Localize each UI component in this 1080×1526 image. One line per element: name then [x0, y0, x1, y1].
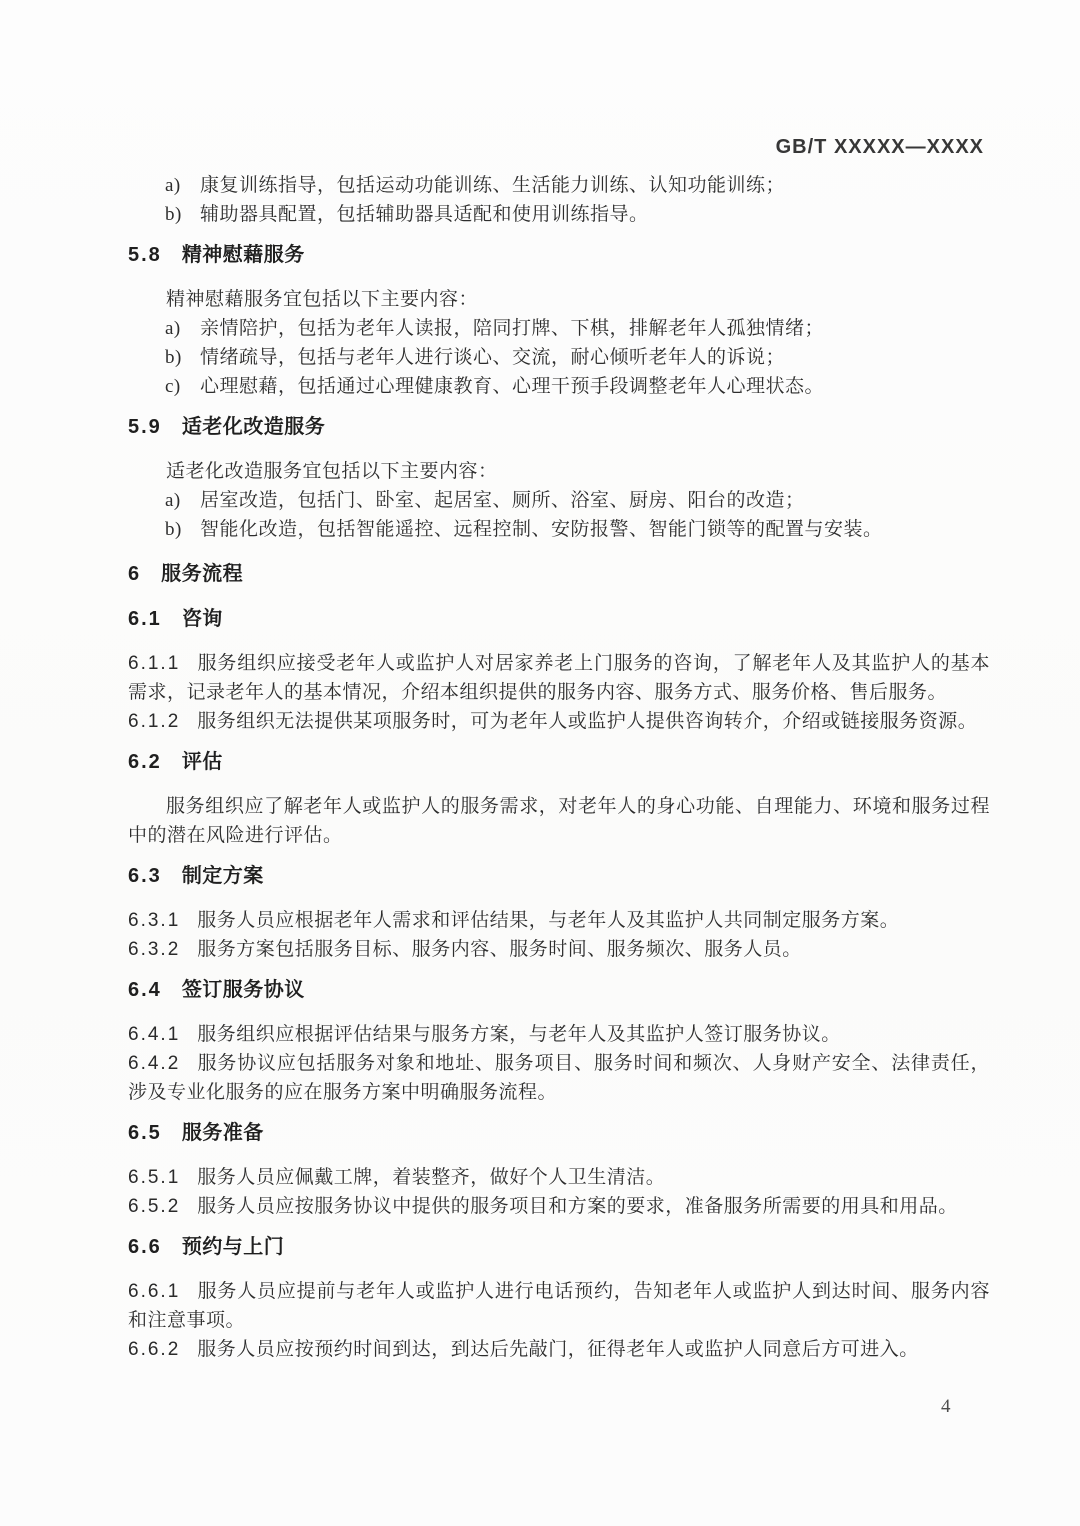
- section-heading-6-4: 6.4签订服务协议: [128, 976, 990, 1005]
- section-number: 5.9: [128, 416, 162, 438]
- section-title: 服务准备: [182, 1122, 264, 1144]
- list-item-text: 心理慰藉，包括通过心理健康教育、心理干预手段调整老年人心理状态。: [200, 376, 824, 397]
- chapter-title: 服务流程: [161, 563, 243, 585]
- clause: 6.6.2服务人员应按预约时间到达，到达后先敲门，征得老年人或监护人同意后方可进…: [128, 1335, 990, 1364]
- chapter-heading-6: 6服务流程: [128, 560, 990, 589]
- clause-number: 6.5.1: [128, 1167, 180, 1188]
- section-title: 精神慰藉服务: [182, 244, 305, 266]
- list-marker: b): [165, 515, 200, 544]
- clause-text: 服务组织应接受老年人或监护人对居家养老上门服务的咨询，了解老年人及其监护人的基本…: [128, 653, 990, 703]
- paragraph: 精神慰藉服务宜包括以下主要内容：: [128, 285, 990, 314]
- list-item-text: 情绪疏导，包括与老年人进行谈心、交流，耐心倾听老年人的诉说；: [200, 347, 785, 368]
- clause-number: 6.1.1: [128, 653, 180, 674]
- clause: 6.1.2服务组织无法提供某项服务时，可为老年人或监护人提供咨询转介，介绍或链接…: [128, 707, 990, 736]
- clause-number: 6.4.2: [128, 1053, 180, 1074]
- section-heading-6-2: 6.2评估: [128, 748, 990, 777]
- section-heading-6-6: 6.6预约与上门: [128, 1233, 990, 1262]
- clause: 6.5.2服务人员应按服务协议中提供的服务项目和方案的要求，准备服务所需要的用具…: [128, 1192, 990, 1221]
- list-item: b)辅助器具配置，包括辅助器具适配和使用训练指导。: [128, 200, 990, 229]
- section-title: 预约与上门: [182, 1236, 285, 1258]
- document-page: GB/T XXXXX—XXXX a)康复训练指导，包括运动功能训练、生活能力训练…: [0, 0, 1080, 1526]
- document-content: a)康复训练指导，包括运动功能训练、生活能力训练、认知功能训练； b)辅助器具配…: [128, 0, 990, 1364]
- section-heading-6-1: 6.1咨询: [128, 605, 990, 634]
- clause-number: 6.5.2: [128, 1196, 180, 1217]
- list-marker: b): [165, 343, 200, 372]
- clause-number: 6.3.1: [128, 910, 180, 931]
- clause-text: 服务方案包括服务目标、服务内容、服务时间、服务频次、服务人员。: [197, 939, 802, 960]
- section-title: 评估: [182, 751, 223, 773]
- clause: 6.4.1服务组织应根据评估结果与服务方案，与老年人及其监护人签订服务协议。: [128, 1020, 990, 1049]
- clause-text: 服务人员应佩戴工牌，着装整齐，做好个人卫生清洁。: [197, 1167, 665, 1188]
- paragraph: 服务组织应了解老年人或监护人的服务需求，对老年人的身心功能、自理能力、环境和服务…: [128, 792, 990, 850]
- clause-text: 服务组织无法提供某项服务时，可为老年人或监护人提供咨询转介，介绍或链接服务资源。: [197, 711, 977, 732]
- list-item-text: 居室改造，包括门、卧室、起居室、厕所、浴室、厨房、阳台的改造；: [200, 490, 805, 511]
- chapter-number: 6: [128, 563, 141, 585]
- list-marker: c): [165, 372, 200, 401]
- clause-text: 服务人员应提前与老年人或监护人进行电话预约，告知老年人或监护人到达时间、服务内容…: [128, 1281, 990, 1331]
- clause: 6.5.1服务人员应佩戴工牌，着装整齐，做好个人卫生清洁。: [128, 1163, 990, 1192]
- section-number: 6.4: [128, 979, 162, 1001]
- section-number: 6.5: [128, 1122, 162, 1144]
- clause-number: 6.6.1: [128, 1281, 180, 1302]
- clause-number: 6.6.2: [128, 1339, 180, 1360]
- list-item: a)亲情陪护，包括为老年人读报，陪同打牌、下棋，排解老年人孤独情绪；: [128, 314, 990, 343]
- list-item: a)康复训练指导，包括运动功能训练、生活能力训练、认知功能训练；: [128, 171, 990, 200]
- list-item-text: 辅助器具配置，包括辅助器具适配和使用训练指导。: [200, 204, 649, 225]
- clause-text: 服务人员应按预约时间到达，到达后先敲门，征得老年人或监护人同意后方可进入。: [197, 1339, 919, 1360]
- list-item: b)情绪疏导，包括与老年人进行谈心、交流，耐心倾听老年人的诉说；: [128, 343, 990, 372]
- clause: 6.6.1服务人员应提前与老年人或监护人进行电话预约，告知老年人或监护人到达时间…: [128, 1277, 990, 1335]
- clause: 6.1.1服务组织应接受老年人或监护人对居家养老上门服务的咨询，了解老年人及其监…: [128, 649, 990, 707]
- clause: 6.4.2服务协议应包括服务对象和地址、服务项目、服务时间和频次、人身财产安全、…: [128, 1049, 990, 1107]
- section-title: 签订服务协议: [182, 979, 305, 1001]
- section-heading-5-9: 5.9适老化改造服务: [128, 413, 990, 442]
- paragraph: 适老化改造服务宜包括以下主要内容：: [128, 457, 990, 486]
- section-number: 6.3: [128, 865, 162, 887]
- list-item: b)智能化改造，包括智能遥控、远程控制、安防报警、智能门锁等的配置与安装。: [128, 515, 990, 544]
- list-marker: a): [165, 171, 200, 200]
- list-item: c)心理慰藉，包括通过心理健康教育、心理干预手段调整老年人心理状态。: [128, 372, 990, 401]
- list-item-text: 康复训练指导，包括运动功能训练、生活能力训练、认知功能训练；: [200, 175, 785, 196]
- list-marker: a): [165, 314, 200, 343]
- page-number: 4: [941, 1396, 951, 1418]
- clause-text: 服务协议应包括服务对象和地址、服务项目、服务时间和频次、人身财产安全、法律责任，…: [128, 1053, 990, 1103]
- list-item: a)居室改造，包括门、卧室、起居室、厕所、浴室、厨房、阳台的改造；: [128, 486, 990, 515]
- clause-text: 服务人员应根据老年人需求和评估结果，与老年人及其监护人共同制定服务方案。: [197, 910, 899, 931]
- section-number: 5.8: [128, 244, 162, 266]
- section-heading-5-8: 5.8精神慰藉服务: [128, 241, 990, 270]
- list-item-text: 亲情陪护，包括为老年人读报，陪同打牌、下棋，排解老年人孤独情绪；: [200, 318, 824, 339]
- clause-number: 6.4.1: [128, 1024, 180, 1045]
- clause: 6.3.1服务人员应根据老年人需求和评估结果，与老年人及其监护人共同制定服务方案…: [128, 906, 990, 935]
- section-title: 适老化改造服务: [182, 416, 326, 438]
- section-title: 制定方案: [182, 865, 264, 887]
- section-title: 咨询: [182, 608, 223, 630]
- section-number: 6.1: [128, 608, 162, 630]
- clause: 6.3.2服务方案包括服务目标、服务内容、服务时间、服务频次、服务人员。: [128, 935, 990, 964]
- list-marker: b): [165, 200, 200, 229]
- section-heading-6-3: 6.3制定方案: [128, 862, 990, 891]
- clause-number: 6.3.2: [128, 939, 180, 960]
- section-number: 6.6: [128, 1236, 162, 1258]
- list-item-text: 智能化改造，包括智能遥控、远程控制、安防报警、智能门锁等的配置与安装。: [200, 519, 883, 540]
- section-heading-6-5: 6.5服务准备: [128, 1119, 990, 1148]
- list-marker: a): [165, 486, 200, 515]
- clause-text: 服务人员应按服务协议中提供的服务项目和方案的要求，准备服务所需要的用具和用品。: [197, 1196, 958, 1217]
- clause-number: 6.1.2: [128, 711, 180, 732]
- clause-text: 服务组织应根据评估结果与服务方案，与老年人及其监护人签订服务协议。: [197, 1024, 841, 1045]
- section-number: 6.2: [128, 751, 162, 773]
